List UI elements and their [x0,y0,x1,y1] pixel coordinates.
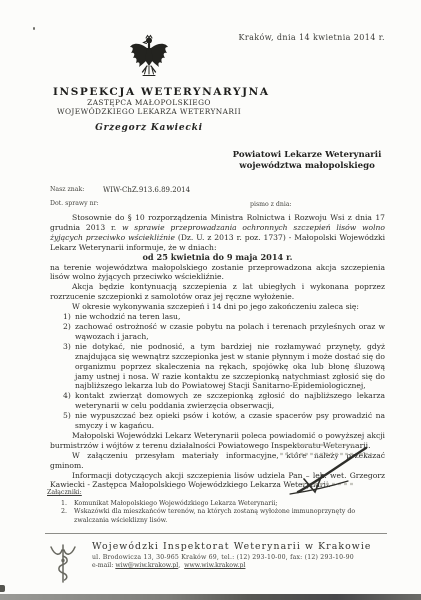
footer-address: ul. Brodowicza 13, 30-965 Kraków 69, tel… [92,554,372,561]
list-item: 4) kontakt zwierząt domowych ze szczepio… [50,391,385,411]
signer-name: Grzegorz Kawiecki [53,123,245,133]
list-item-number: 3) [63,342,75,392]
footer-org-name: Wojewódzki Inspektorat Weterynarii w Kra… [92,541,372,552]
website-link[interactable]: www.wiw.krakow.pl [184,562,245,569]
scan-edge-artifact [0,585,5,592]
scan-bottom-edge-artifact [0,594,421,600]
addressee-line-1: Powiatowi Lekarze Weterynarii [218,150,396,161]
attachments-block: Załączniki: 1. Komunikat Małopolskiego W… [47,489,391,525]
reference-block: Nasz znak: WIW-ChZ.913.6.89.2014 Dot. sp… [50,186,385,207]
attachment-number: 1. [61,500,74,509]
footer-divider [45,533,387,534]
list-item: 5) nie wypuszczać bez opieki psów i kotó… [50,411,385,431]
footer-contact-line: e-mail: wiw@wiw.krakow.pl, www.wiw.krako… [92,562,372,569]
list-item-text: nie wchodzić na teren lasu, [75,312,385,322]
paragraph-legal-basis: Stosownie do § 10 rozporządzenia Ministr… [50,213,385,253]
footer-text: Wojewódzki Inspektorat Weterynarii w Kra… [92,541,372,569]
list-item: 1) nie wchodzić na teren lasu, [50,312,385,322]
list-item-number: 4) [63,391,75,411]
org-title: INSPEKCJA WETERYNARYJNA [53,86,245,98]
veterinary-caduceus-icon [46,543,80,589]
list-item: 2) zachować ostrożność w czasie pobytu n… [50,322,385,342]
attachment-text: Komunikat Małopolskiego Wojewódzkiego Le… [74,500,391,509]
paragraph-method: Akcja będzie kontynuacją szczepienia z l… [50,282,385,302]
date-line: Kraków, dnia 14 kwietnia 2014 r. [238,33,385,42]
role-line-2: WOJEWÓDZKIEGO LEKARZA WETERYNARII [53,107,245,116]
paragraph-territory: na terenie województwa małopolskiego zos… [50,263,385,283]
scan-speck-artifact [33,27,35,30]
letterhead: INSPEKCJA WETERYNARYJNA ZASTĘPCA MAŁOPOL… [53,34,245,133]
attachment-number: 2. [61,508,74,525]
list-item-number: 1) [63,312,75,322]
footer: Wojewódzki Inspektorat Weterynarii w Kra… [46,541,401,589]
addressee-block: Powiatowi Lekarze Weterynarii województw… [218,150,396,172]
role-line-1: ZASTĘPCA MAŁOPOLSKIEGO [53,98,245,107]
separator: , [178,562,180,569]
case-number-label: Dot. sprawy nr: [50,200,99,207]
email-link[interactable]: wiw@wiw.krakow.pl [115,562,178,569]
attachment-text: Wskazówki dla mieszkańców terenów, na kt… [74,508,391,525]
scanned-letter-page: Kraków, dnia 14 kwietnia 2014 r. INSPEKC [0,0,421,600]
our-ref-value: WIW-ChZ.913.6.89.2014 [103,186,190,194]
list-item: 3) nie dotykać, nie podnosić, a tym bard… [50,342,385,392]
list-item-number: 2) [63,322,75,342]
attachments-heading: Załączniki: [47,489,391,498]
list-item-text: kontakt zwierząt domowych ze szczepionką… [75,391,385,411]
attachment-item: 2. Wskazówki dla mieszkańców terenów, na… [47,508,391,525]
attachment-item: 1. Komunikat Małopolskiego Wojewódzkiego… [47,500,391,509]
letter-date-label: pismo z dnia: [250,201,292,208]
recommendations-list: 1) nie wchodzić na teren lasu, 2) zachow… [50,312,385,431]
list-item-text: nie dotykać, nie podnosić, a tym bardzie… [75,342,385,392]
our-ref-label: Nasz znak: [50,186,103,194]
vaccination-date-range: od 25 kwietnia do 9 maja 2014 r. [50,253,385,263]
list-item-text: nie wypuszczać bez opieki psów i kotów, … [75,411,385,431]
addressee-line-2: województwa małopolskiego [218,161,396,172]
email-label: e-mail: [92,562,113,569]
list-item-text: zachować ostrożność w czasie pobytu na p… [75,322,385,342]
paragraph-recommendations-intro: W okresie wykonywania szczepień i 14 dni… [50,302,385,312]
list-item-number: 5) [63,411,75,431]
coat-of-arms-icon [53,34,245,84]
